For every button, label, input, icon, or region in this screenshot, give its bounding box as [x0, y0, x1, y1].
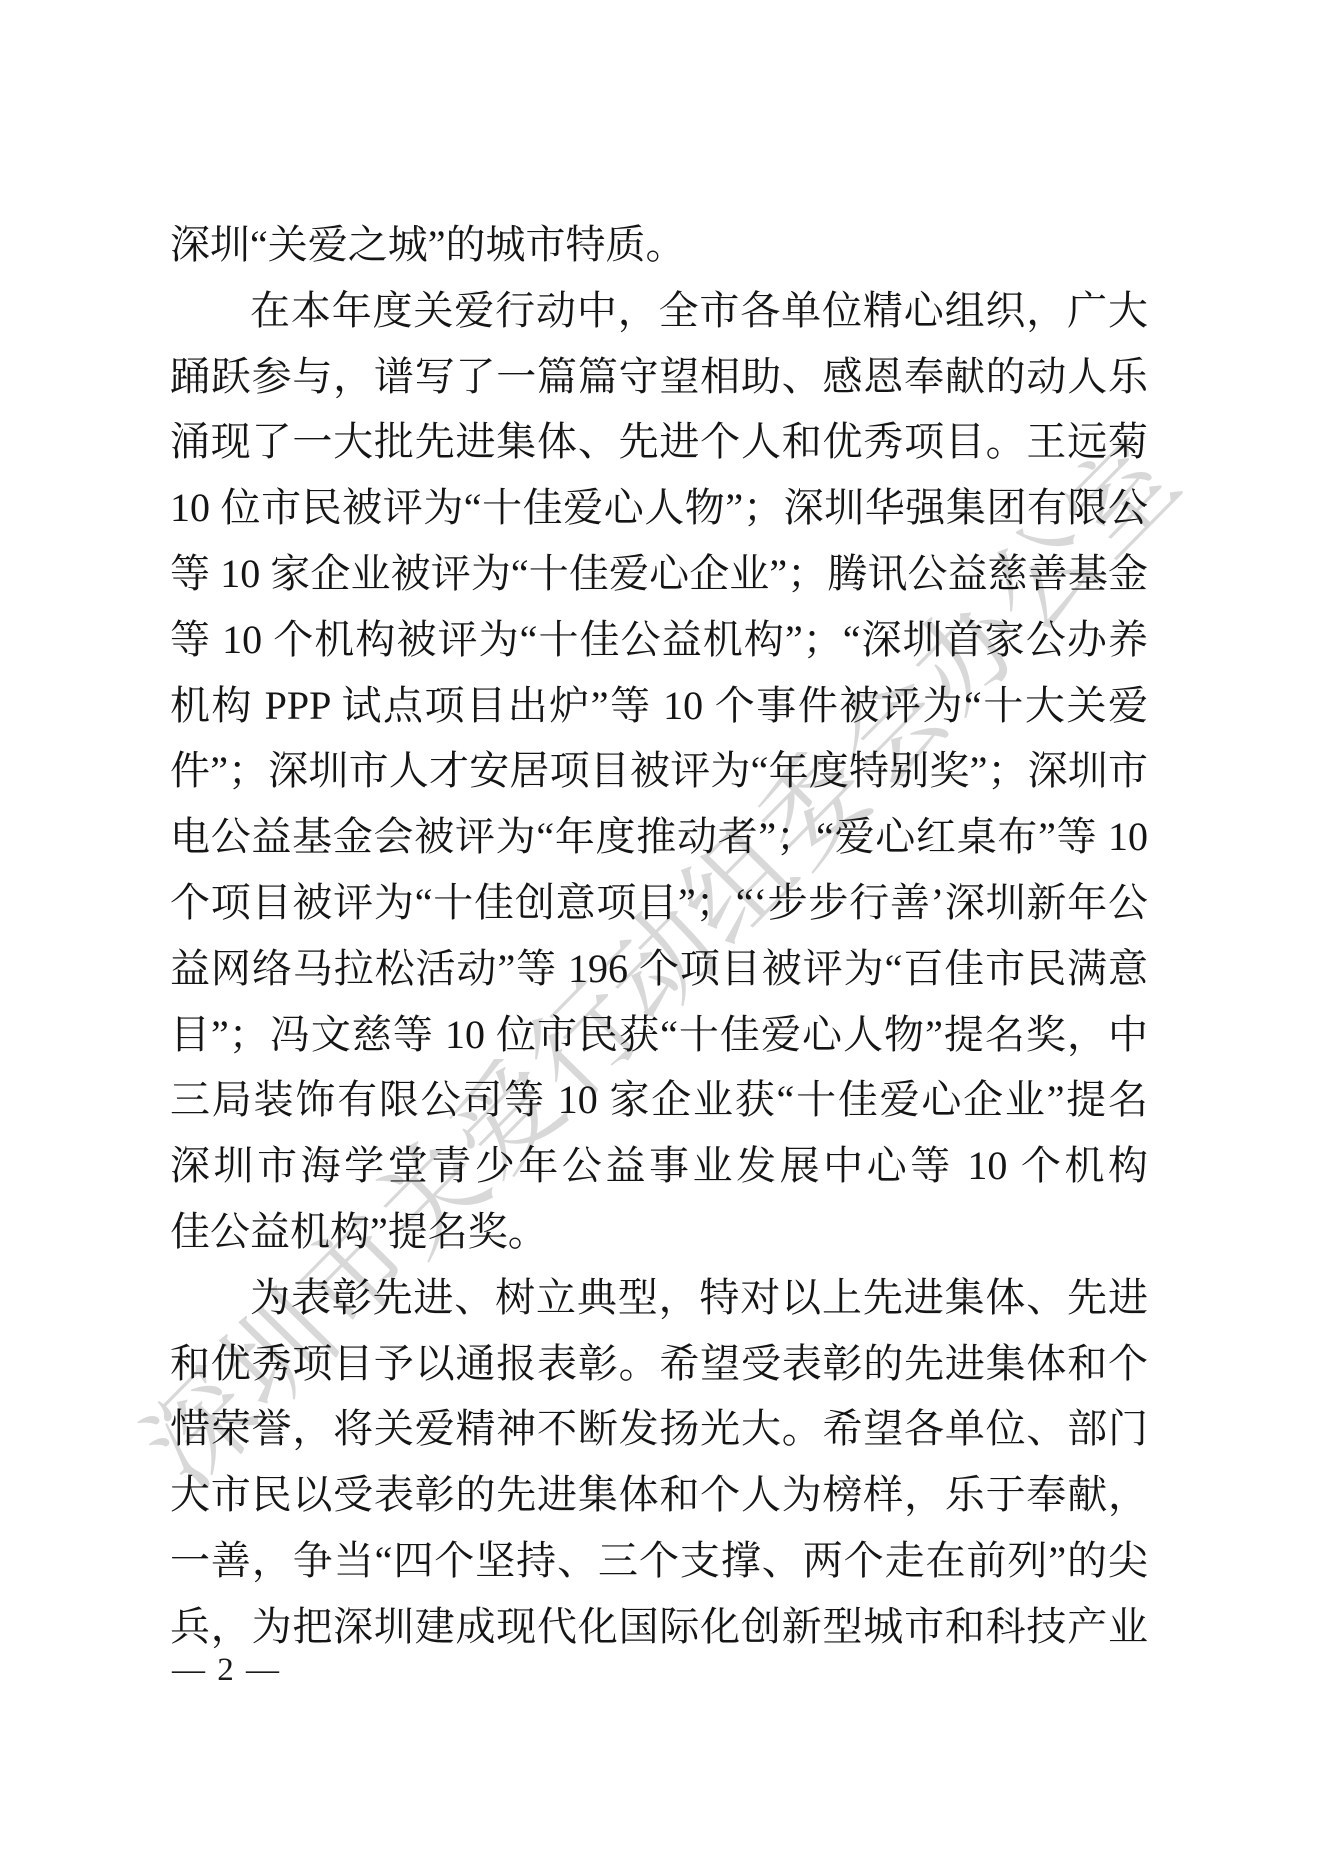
document-body: 深圳“关爱之城”的城市特质。在本年度关爱行动中，全市各单位精心组织，广大市民踊跃…: [170, 212, 1148, 1660]
text-line: 和优秀项目予以通报表彰。希望受表彰的先进集体和个人珍: [170, 1331, 1148, 1397]
text-line: 为表彰先进、树立典型，特对以上先进集体、先进个人: [170, 1265, 1148, 1331]
text-line: 大市民以受表彰的先进集体和个人为榜样，乐于奉献，日行: [170, 1462, 1148, 1528]
text-line: 等 10 个机构被评为“十佳公益机构”；“深圳首家公办养老: [170, 607, 1148, 673]
text-line: 等 10 家企业被评为“十佳爱心企业”；腾讯公益慈善基金会: [170, 541, 1148, 607]
text-line: 一善，争当“四个坚持、三个支撑、两个走在前列”的尖: [170, 1528, 1148, 1594]
text-line: 深圳“关爱之城”的城市特质。: [170, 212, 1148, 278]
text-line: 个项目被评为“十佳创意项目”；“‘步步行善’深圳新年公: [170, 870, 1148, 936]
text-line: 三局装饰有限公司等 10 家企业获“十佳爱心企业”提名奖，: [170, 1067, 1148, 1133]
text-line: 在本年度关爱行动中，全市各单位精心组织，广大市民: [170, 278, 1148, 344]
text-line: 惜荣誉，将关爱精神不断发扬光大。希望各单位、部门和广: [170, 1396, 1148, 1462]
document-page: 深圳市关爱行动组委会办公室 深圳“关爱之城”的城市特质。在本年度关爱行动中，全市…: [0, 0, 1323, 1871]
text-line: 佳公益机构”提名奖。: [170, 1199, 1148, 1265]
text-line: 电公益基金会被评为“年度推动者”；“爱心红桌布”等 10: [170, 804, 1148, 870]
text-line: 目”；冯文慈等 10 位市民获“十佳爱心人物”提名奖，中建: [170, 1002, 1148, 1068]
text-line: 10 位市民被评为“十佳爱心人物”；深圳华强集团有限公司: [170, 475, 1148, 541]
text-line: 深圳市海学堂青少年公益事业发展中心等 10 个机构获“十: [170, 1133, 1148, 1199]
text-line: 踊跃参与，谱写了一篇篇守望相助、感恩奉献的动人乐章，: [170, 344, 1148, 410]
text-line: 兵，为把深圳建成现代化国际化创新型城市和科技产业创新: [170, 1594, 1148, 1660]
text-line: 件”；深圳市人才安居项目被评为“年度特别奖”；深圳市广: [170, 738, 1148, 804]
text-line: 益网络马拉松活动”等 196 个项目被评为“百佳市民满意项: [170, 936, 1148, 1002]
text-line: 涌现了一大批先进集体、先进个人和优秀项目。王远菊等: [170, 409, 1148, 475]
page-number: — 2 —: [172, 1652, 281, 1689]
text-line: 机构 PPP 试点项目出炉”等 10 个事件被评为“十大关爱事: [170, 673, 1148, 739]
